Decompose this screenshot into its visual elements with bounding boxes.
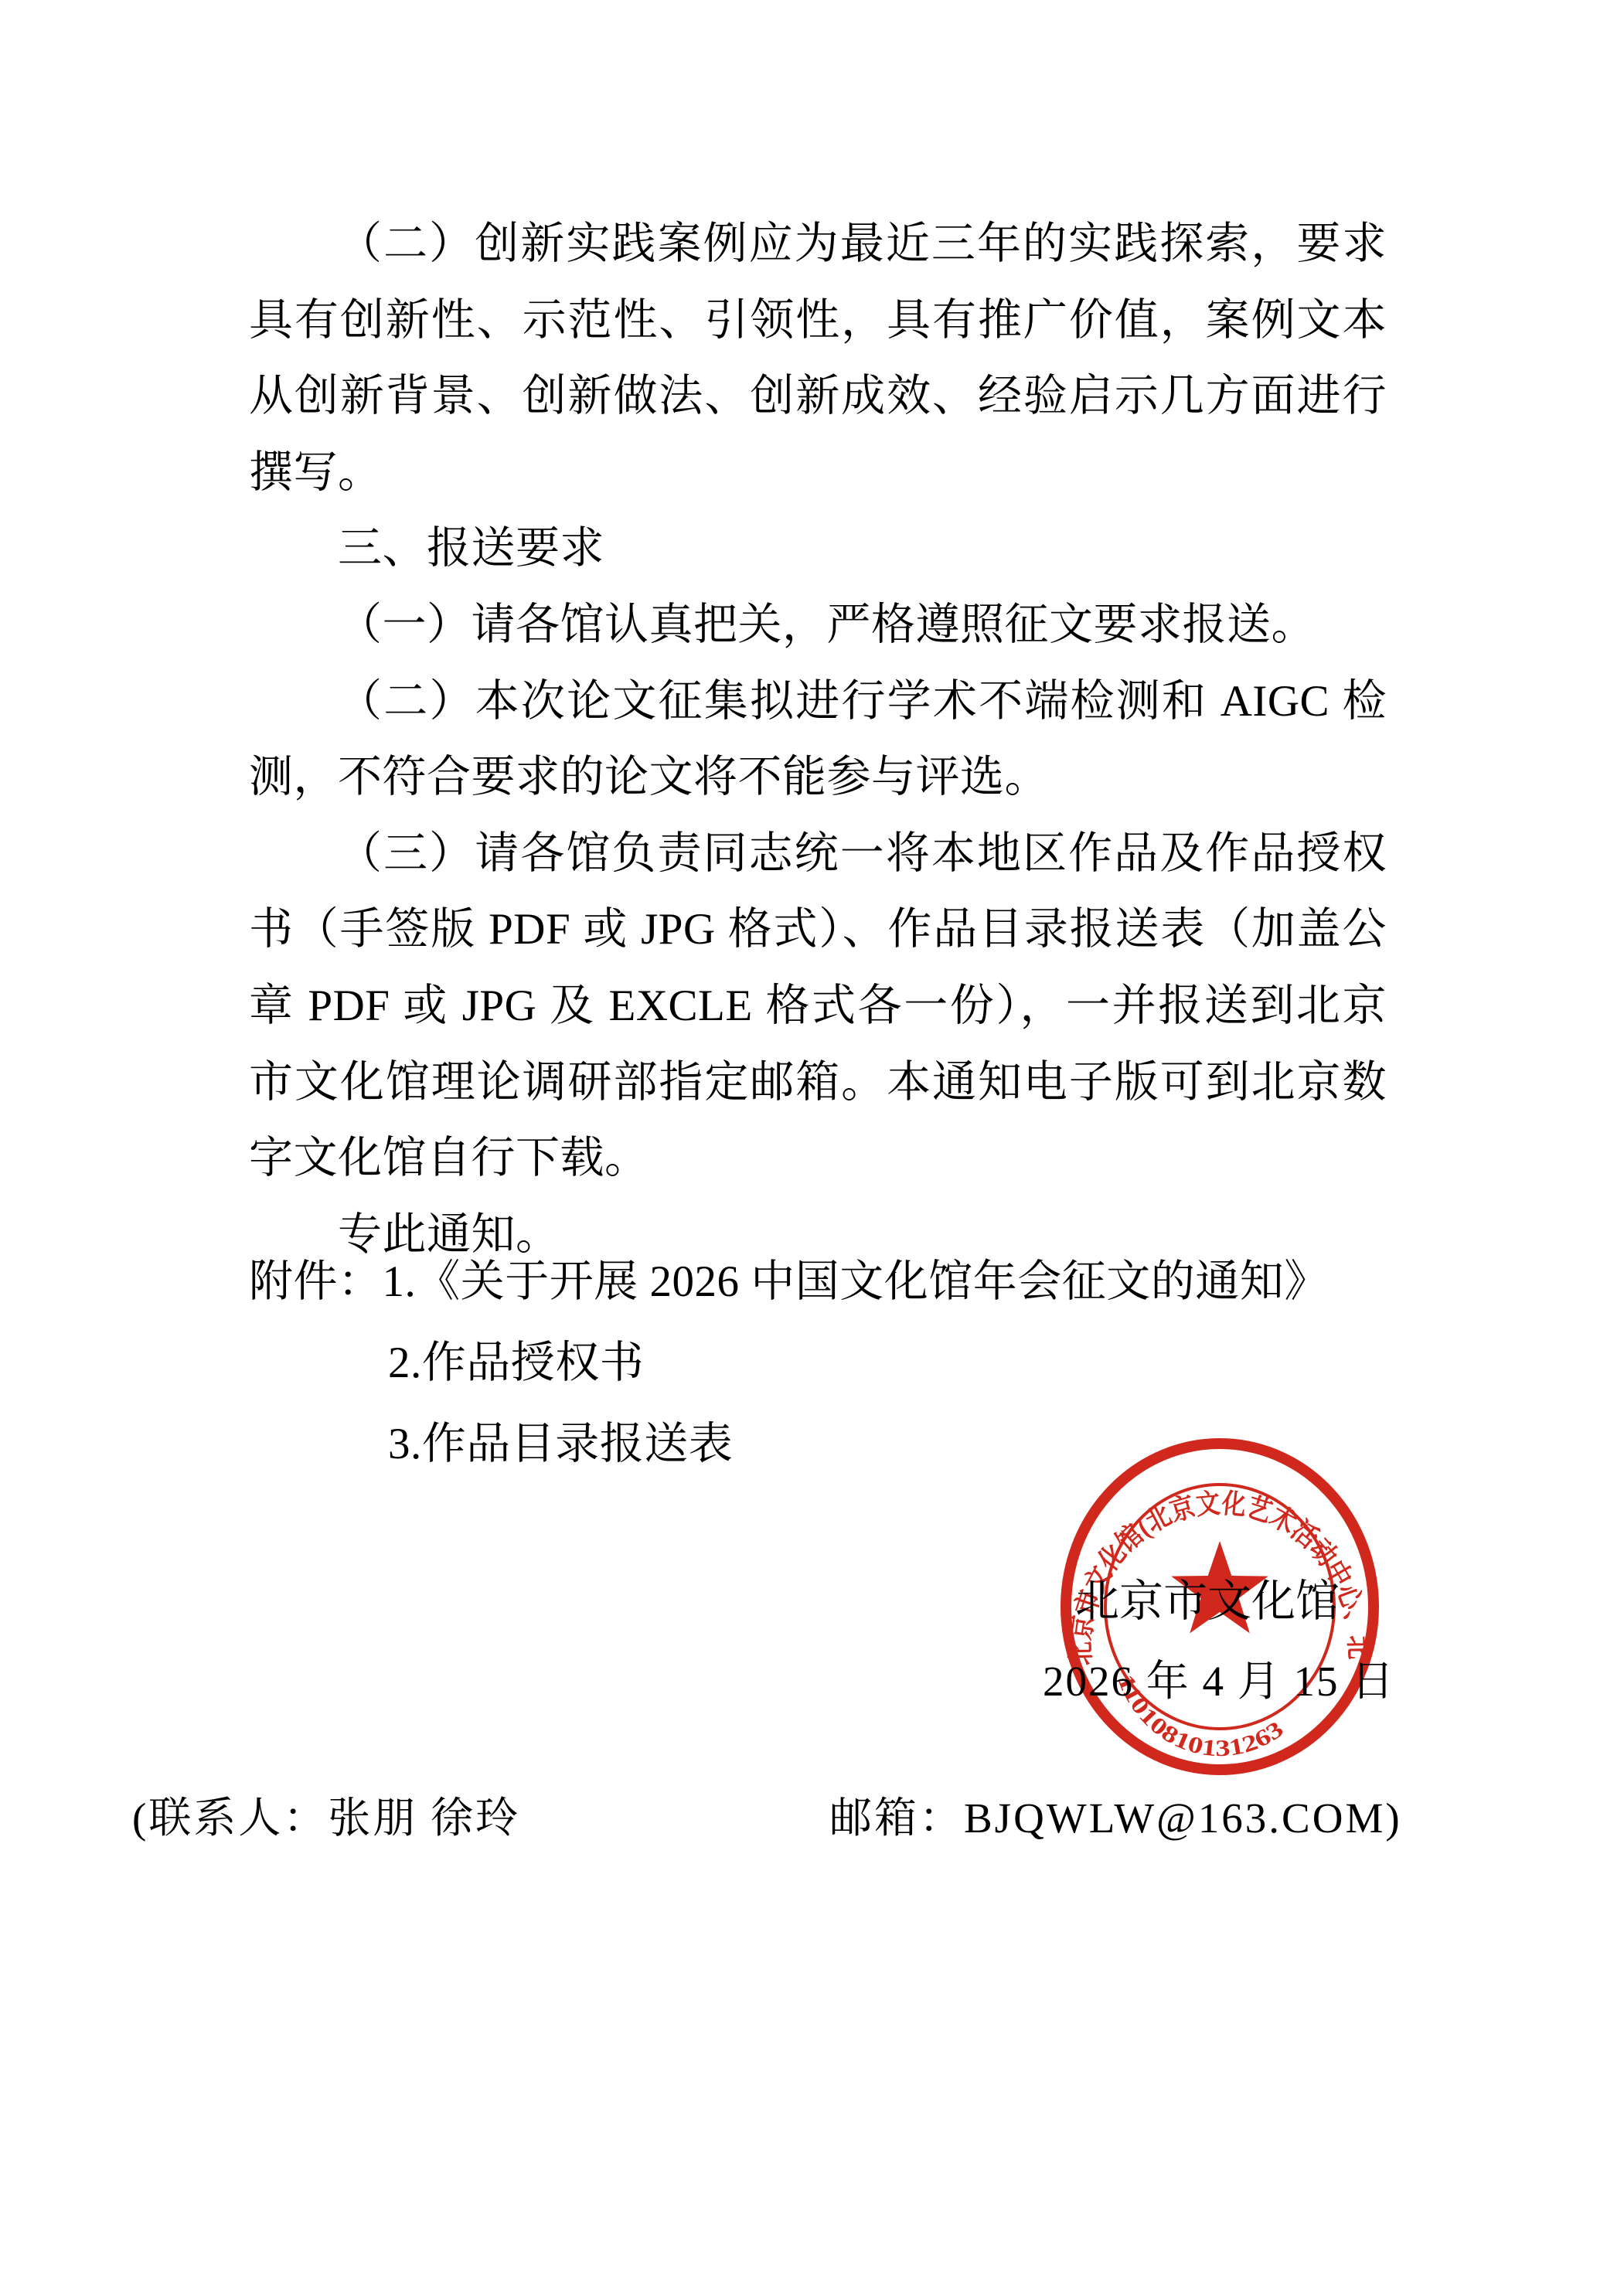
document-body: （二）创新实践案例应为最近三年的实践探索，要求具有创新性、示范性、引领性，具有推… [249, 206, 1387, 1273]
heading-submission-requirements: 三、报送要求 [249, 511, 1387, 587]
attachments-label: 附件： [249, 1257, 383, 1306]
contact-person: (联系人：张朋 徐玲 [132, 1794, 520, 1842]
paragraph-item-1: （一）请各馆认真把关，严格遵照征文要求报送。 [249, 587, 1387, 664]
paragraph-item-3: （三）请各馆负责同志统一将本地区作品及作品授权书（手签版 PDF 或 JPG 格… [249, 816, 1387, 1197]
paragraph-item-2: （二）本次论文征集拟进行学术不端检测和 AIGC 检测，不符合要求的论文将不能参… [249, 664, 1387, 816]
paragraph-case-requirements: （二）创新实践案例应为最近三年的实践探索，要求具有创新性、示范性、引领性，具有推… [249, 206, 1387, 511]
attachment-item-2: 2.作品授权书 [388, 1322, 1329, 1403]
contact-line: (联系人：张朋 徐玲 邮箱：BJQWLW@163.COM) [132, 1784, 1446, 1838]
signature-org: 北京市文化馆 [1075, 1566, 1340, 1629]
attachment-item-1: 1.《关于开展 2026 中国文化馆年会征文的通知》 [383, 1257, 1329, 1306]
contact-email: 邮箱：BJQWLW@163.COM) [829, 1784, 1402, 1845]
attachment-line-1: 附件：1.《关于开展 2026 中国文化馆年会征文的通知》 [249, 1241, 1329, 1322]
document-page: （二）创新实践案例应为最近三年的实践探索，要求具有创新性、示范性、引领性，具有推… [0, 0, 1624, 2296]
signature-date: 2026 年 4 月 15 日 [1043, 1647, 1395, 1708]
